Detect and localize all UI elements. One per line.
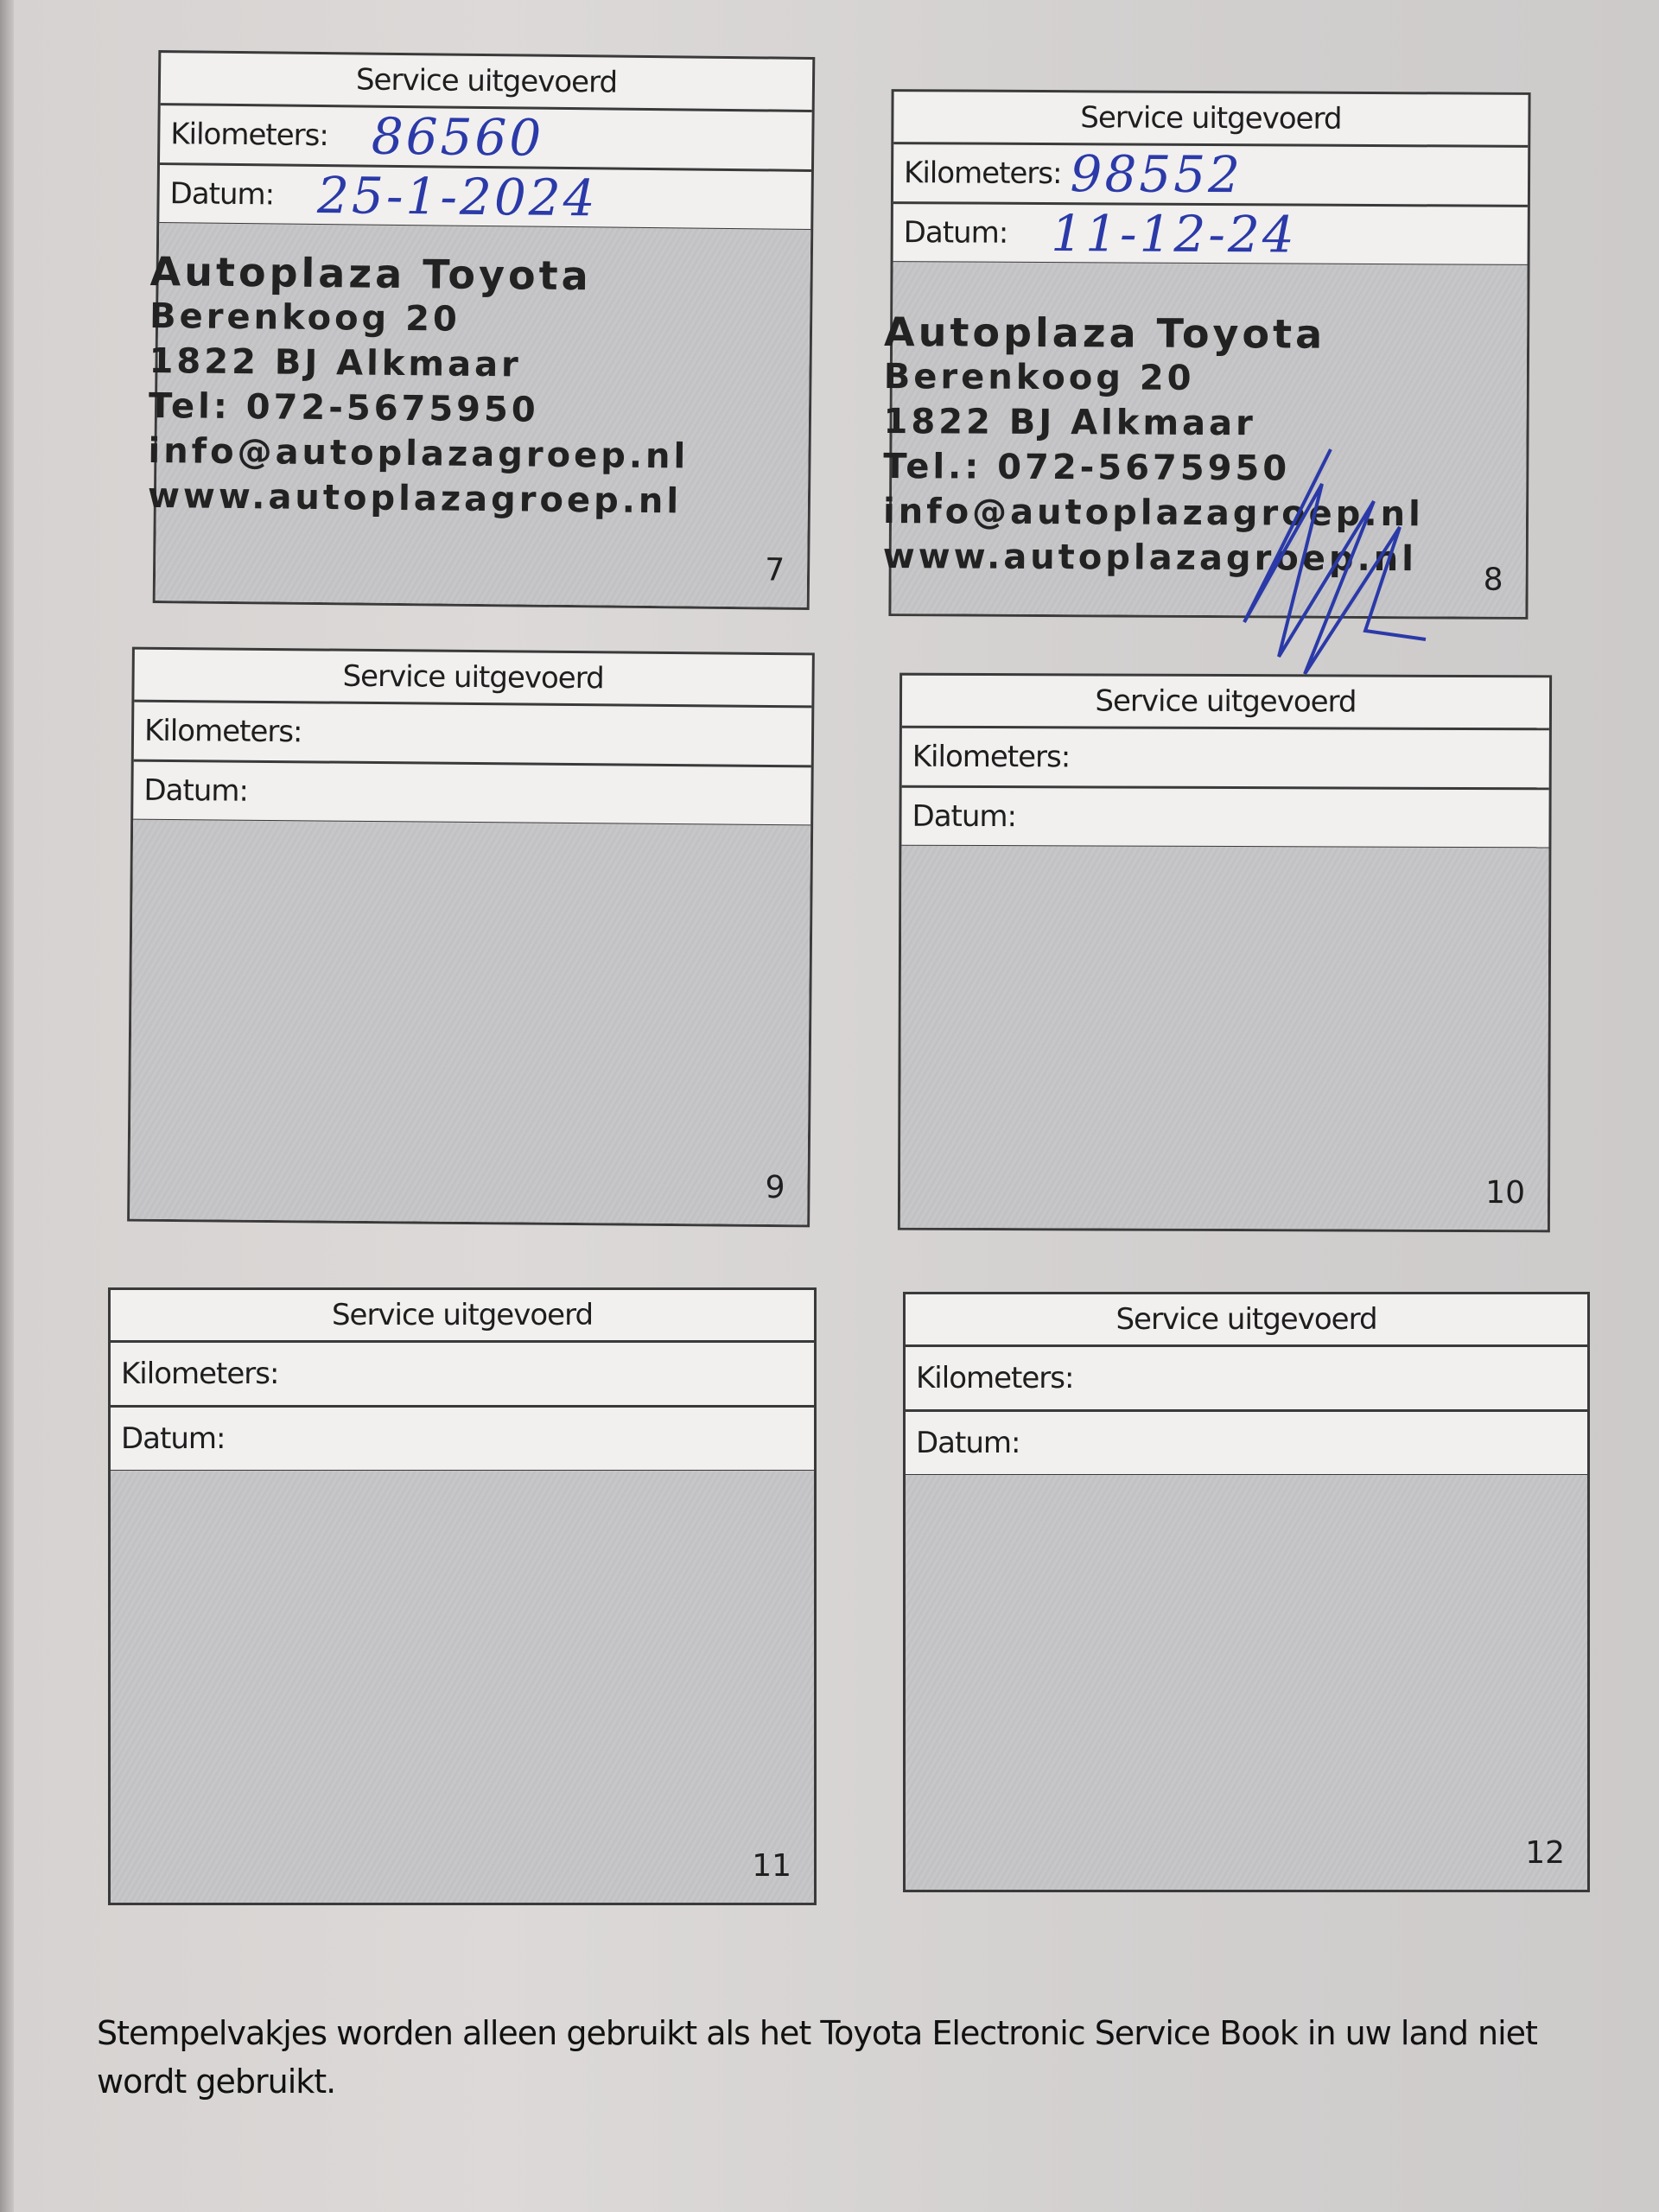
service-card-12: Service uitgevoerd Kilometers: Datum: 12 [903, 1292, 1590, 1892]
card-number: 8 [1484, 563, 1503, 598]
footer-note: Stempelvakjes worden alleen gebruikt als… [97, 2009, 1583, 2106]
kilometers-value: 98552 [1070, 144, 1243, 204]
stamp-area: 11 [111, 1471, 814, 1903]
card-title: Service uitgevoerd [902, 676, 1549, 731]
dealer-stamp: Autoplaza ToyotaBerenkoog 201822 BJ Alkm… [148, 249, 691, 524]
card-number: 9 [765, 1170, 785, 1205]
card-title: Service uitgevoerd [111, 1290, 814, 1343]
kilometers-row: Kilometers: [134, 702, 812, 768]
datum-row: Datum: [901, 788, 1548, 850]
service-card-10: Service uitgevoerd Kilometers: Datum: 10 [898, 673, 1552, 1233]
datum-row: Datum:25-1-2024 [159, 165, 811, 232]
datum-value: 25-1-2024 [317, 166, 598, 227]
signature-mark [1227, 432, 1443, 683]
card-number: 12 [1525, 1835, 1565, 1871]
kilometers-row: Kilometers: [111, 1343, 814, 1408]
card-title: Service uitgevoerd [134, 650, 812, 709]
stamp-area: 10 [900, 846, 1549, 1230]
card-title: Service uitgevoerd [906, 1294, 1587, 1347]
datum-row: Datum: [111, 1408, 814, 1472]
service-card-7: Service uitgevoerd Kilometers:86560 Datu… [153, 50, 816, 610]
datum-row: Datum: [906, 1412, 1587, 1477]
service-card-9: Service uitgevoerd Kilometers: Datum: 9 [127, 647, 815, 1228]
datum-value: 11-12-24 [1051, 204, 1297, 264]
stamp-area: 12 [906, 1475, 1587, 1890]
card-title: Service uitgevoerd [893, 92, 1528, 148]
kilometers-row: Kilometers: [906, 1347, 1587, 1412]
card-title: Service uitgevoerd [161, 53, 813, 112]
kilometers-row: Kilometers:98552 [893, 144, 1528, 207]
kilometers-value: 86560 [371, 107, 543, 168]
datum-row: Datum: [133, 762, 811, 828]
stamp-area: 9 [130, 820, 810, 1225]
kilometers-row: Kilometers: [902, 728, 1549, 791]
kilometers-row: Kilometers:86560 [160, 105, 812, 172]
datum-row: Datum:11-12-24 [893, 204, 1528, 267]
card-number: 11 [752, 1848, 791, 1884]
book-spine [0, 0, 14, 2212]
card-number: 10 [1485, 1175, 1525, 1211]
card-number: 7 [765, 552, 785, 588]
stamp-area: Autoplaza ToyotaBerenkoog 201822 BJ Alkm… [156, 223, 811, 607]
service-card-11: Service uitgevoerd Kilometers: Datum: 11 [108, 1287, 817, 1905]
